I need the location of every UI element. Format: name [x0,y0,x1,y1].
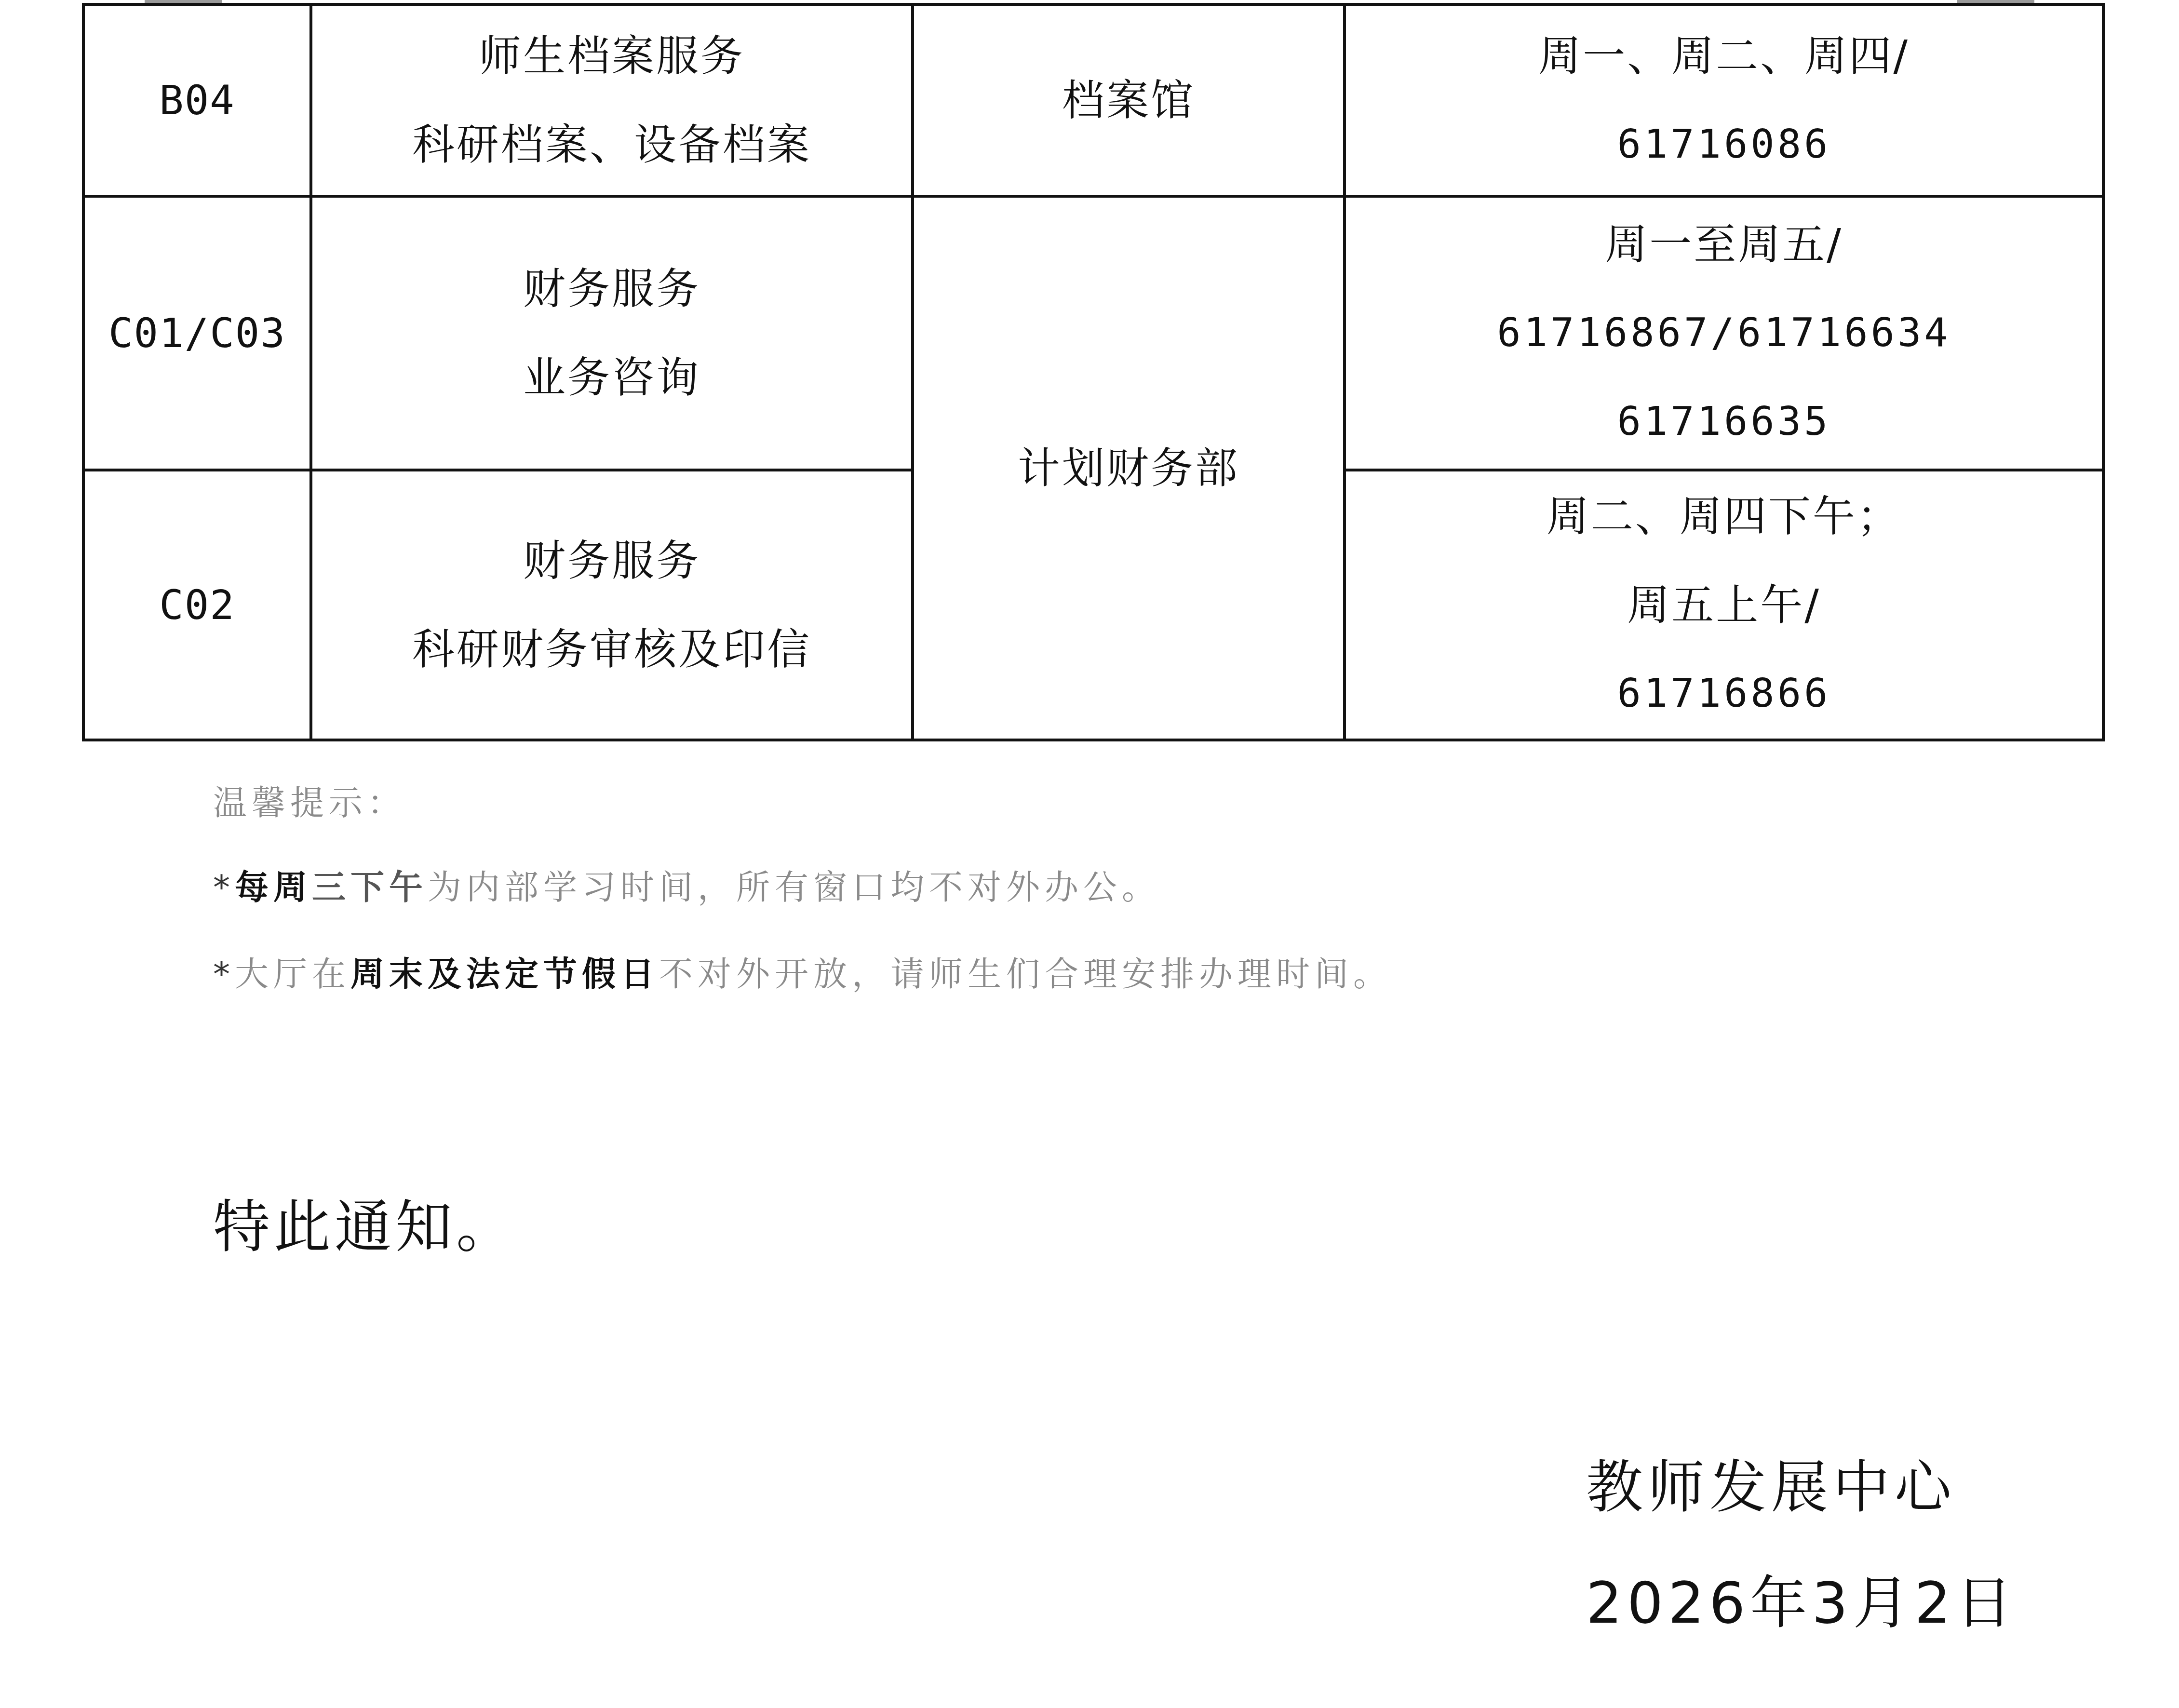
phone-line: 61716086 [1346,100,2102,189]
service-cell: 财务服务 科研财务审核及印信 [311,470,913,740]
tips-title: 温馨提示： [213,776,406,825]
phone-line: 61716866 [1346,649,2102,738]
window-code-cell: B04 [83,4,311,196]
service-cell: 财务服务 业务咨询 [311,196,913,470]
phone-line: 61716635 [1346,377,2102,466]
signature-date: 2026年3月2日 [1586,1567,2017,1639]
window-code-cell: C02 [83,470,311,740]
tip-text: 不对外开放，请师生们合理安排办理时间。 [659,955,1392,994]
tip-text: 为内部学习时间，所有窗口均不对外办公。 [428,868,1160,907]
service-line: 业务咨询 [312,333,911,422]
tip-emphasis: 三下午 [312,868,428,907]
tip-line-wednesday: *每周三下午为内部学习时间，所有窗口均不对外办公。 [213,861,1160,909]
asterisk-bullet-icon: * [213,955,235,994]
document-page: B04 师生档案服务 科研档案、设备档案 档案馆 周一、周二、周四/ 61716… [0,0,2179,1708]
signature-block: 教师发展中心 2026年3月2日 [1586,1451,2017,1639]
service-window-table: B04 师生档案服务 科研档案、设备档案 档案馆 周一、周二、周四/ 61716… [82,3,2105,741]
department-cell: 计划财务部 [913,196,1345,740]
signature-organization: 教师发展中心 [1586,1451,2017,1567]
hours-line: 周一、周二、周四/ [1346,12,2102,100]
service-line: 师生档案服务 [312,12,911,100]
phone-line: 61716867/61716634 [1346,289,2102,377]
tip-line-weekend: *大厅在周末及法定节假日不对外开放，请师生们合理安排办理时间。 [213,947,1392,996]
tip-emphasis: 周末及法定节假日 [350,955,659,994]
hours-phone-cell: 周一至周五/ 61716867/61716634 61716635 [1345,196,2103,470]
service-line: 科研财务审核及印信 [312,605,911,694]
table-row: C01/C03 财务服务 业务咨询 计划财务部 周一至周五/ 61716867/… [83,196,2103,470]
hours-phone-cell: 周一、周二、周四/ 61716086 [1345,4,2103,196]
service-line: 科研档案、设备档案 [312,100,911,189]
hours-line: 周二、周四下午； [1346,472,2102,561]
table-row: B04 师生档案服务 科研档案、设备档案 档案馆 周一、周二、周四/ 61716… [83,4,2103,196]
service-line: 财务服务 [312,244,911,333]
asterisk-bullet-icon: * [213,868,235,907]
closing-statement: 特此通知。 [213,1181,517,1263]
hours-line: 周一至周五/ [1346,200,2102,289]
service-line: 财务服务 [312,516,911,605]
department-cell: 档案馆 [913,4,1345,196]
hours-phone-cell: 周二、周四下午； 周五上午/ 61716866 [1345,470,2103,740]
hours-line: 周五上午/ [1346,561,2102,649]
tip-emphasis: 每周 [235,868,312,907]
service-cell: 师生档案服务 科研档案、设备档案 [311,4,913,196]
window-code-cell: C01/C03 [83,196,311,470]
tip-text: 大厅在 [235,955,350,994]
